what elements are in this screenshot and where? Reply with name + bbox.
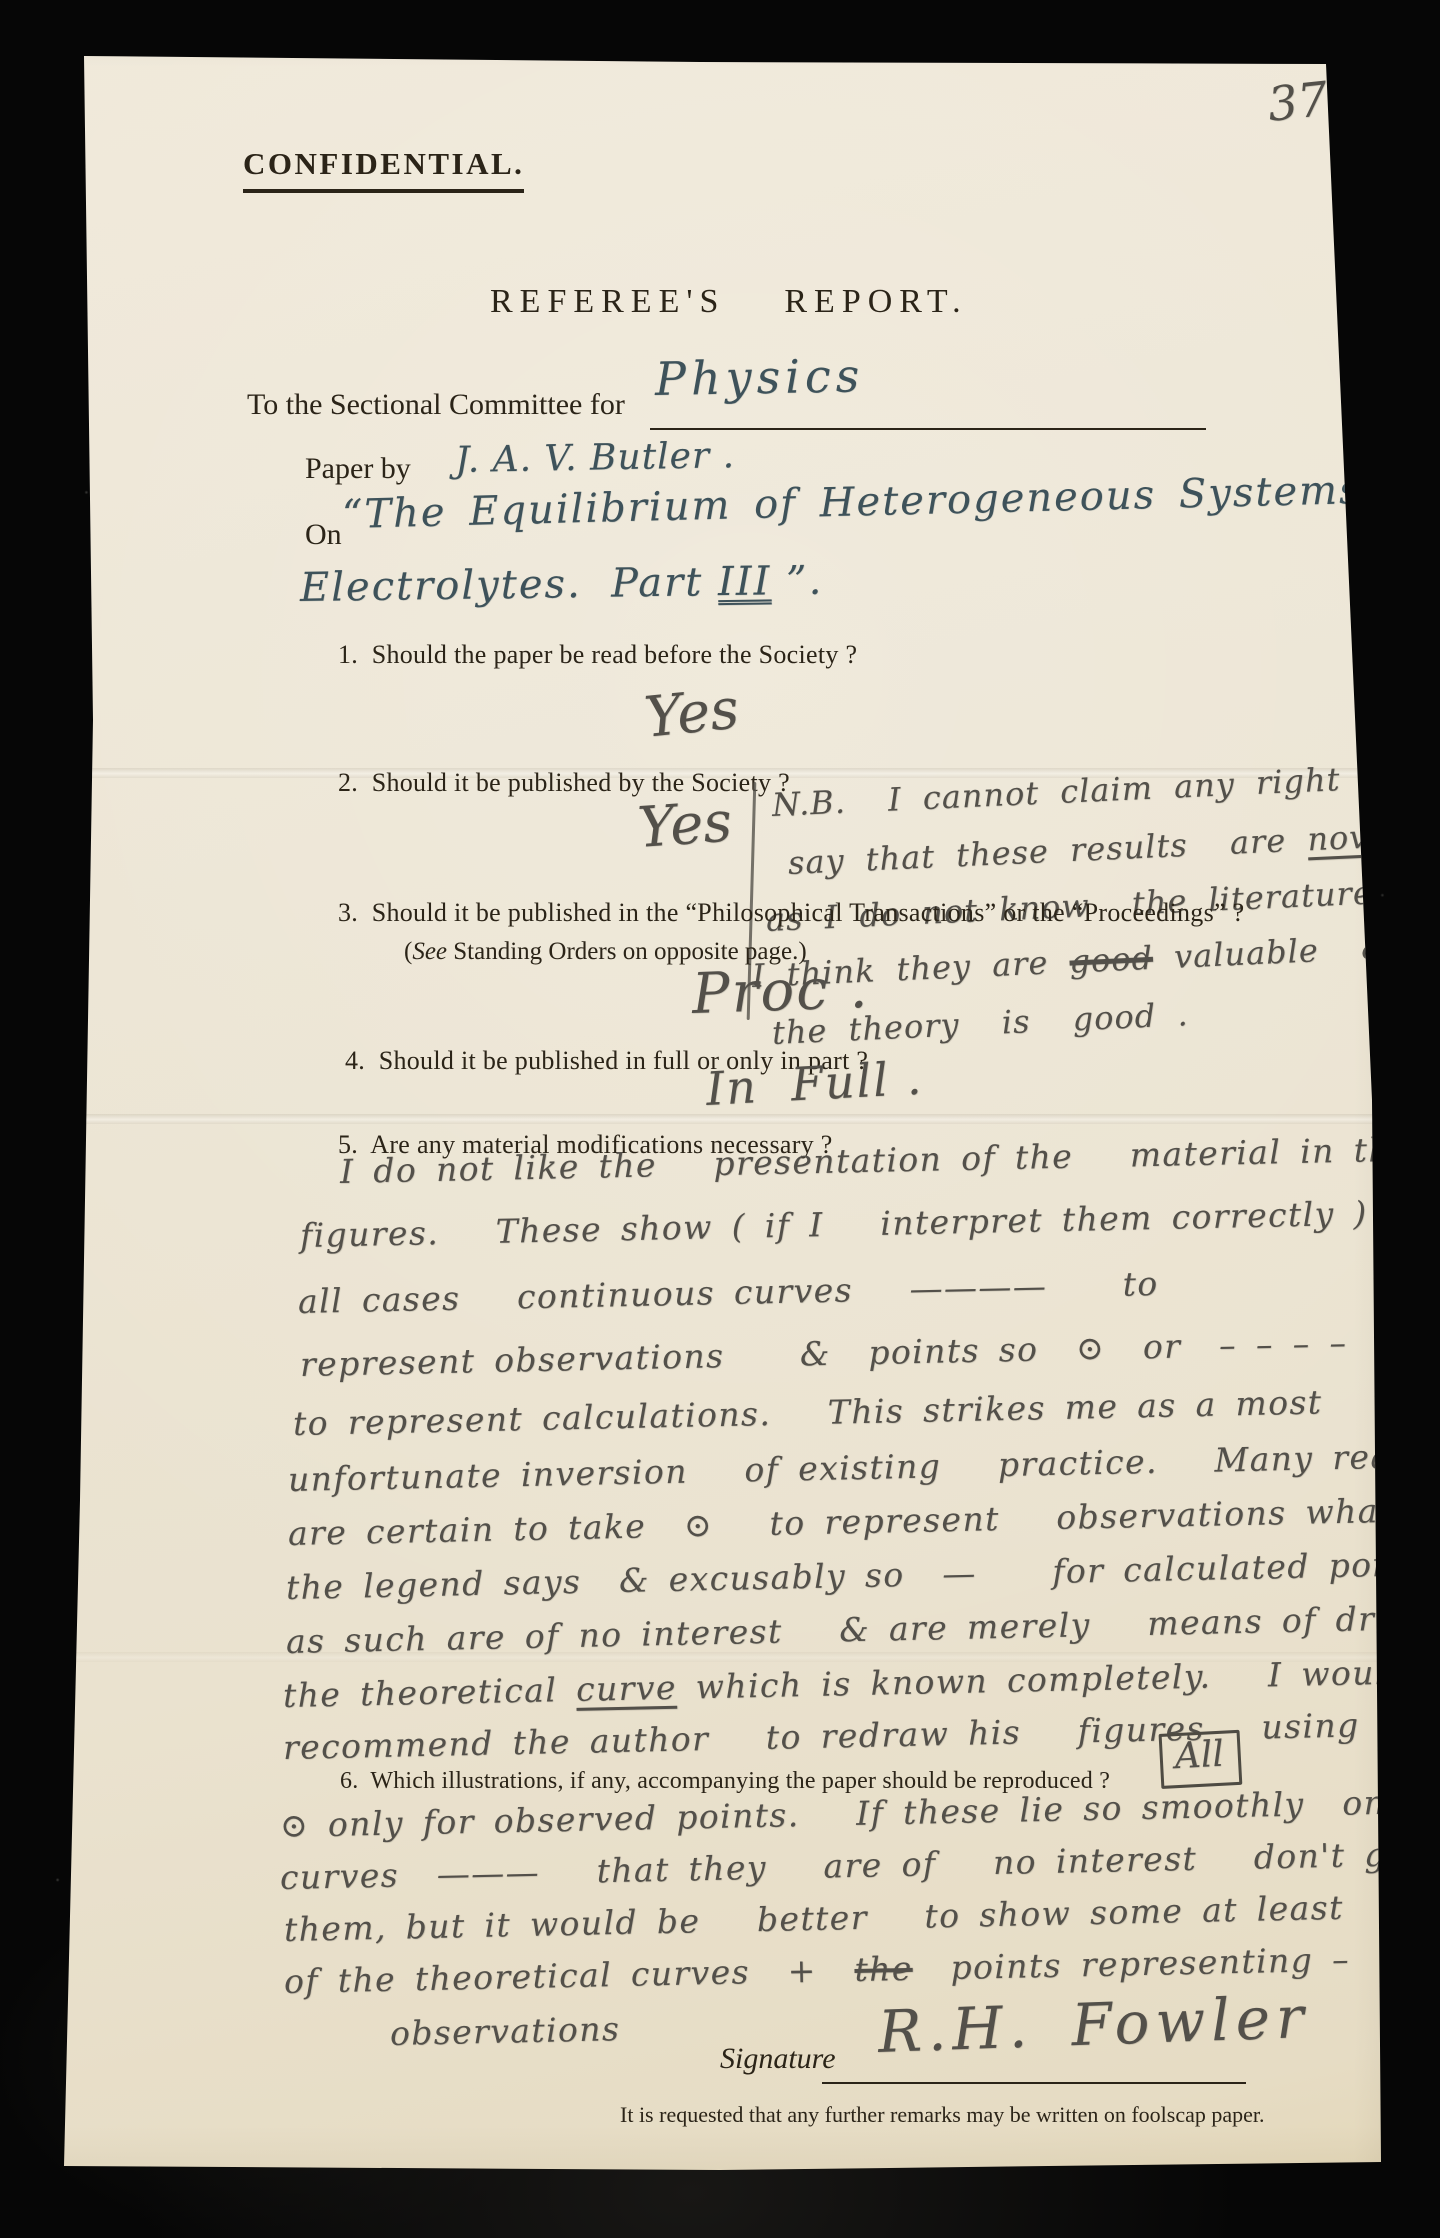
- on-title-line2: Electrolytes. Part III ”.: [300, 558, 824, 611]
- signature-underline: [822, 2082, 1246, 2084]
- paper-by-label: Paper by: [305, 452, 411, 486]
- q2-note-line1: N.B. I cannot claim any right to: [771, 758, 1396, 824]
- footer-note: It is requested that any further remarks…: [620, 2102, 1265, 2128]
- q6-answer-line-3: them, but it would be better to show som…: [284, 1888, 1344, 1949]
- paper-by-value: J. A. V. Butler .: [455, 435, 736, 481]
- q3-answer: Proc .: [691, 956, 870, 1027]
- q5-answer-line-5: to represent calculations. This strikes …: [293, 1382, 1323, 1443]
- q2-note-line2: say that these results are novel: [787, 816, 1400, 882]
- novel-underlined: novel: [1306, 816, 1400, 858]
- fold-crease-middle: [0, 1114, 1440, 1124]
- q6-answer-box: All: [1159, 1730, 1243, 1789]
- q4-answer: In Full .: [705, 1051, 925, 1116]
- report-paper: CONFIDENTIAL. 37 REFEREE'S REPORT. To th…: [0, 0, 1440, 2238]
- q5-answer-line-10: the theoretical curve which is known com…: [283, 1652, 1410, 1715]
- q1-label: 1. Should the paper be read before the S…: [338, 640, 857, 670]
- confidential-stamp: CONFIDENTIAL.: [243, 146, 524, 193]
- committee-underline: [650, 428, 1206, 430]
- q6-answer-line-5: observations: [390, 2009, 621, 2053]
- q1-answer: Yes: [642, 676, 742, 750]
- struck-word-the: the: [854, 1949, 913, 1989]
- q3-label: 3. Should it be published in the “Philos…: [338, 898, 1244, 928]
- curve-underlined: curve: [576, 1668, 677, 1709]
- q5-answer-line-8: the legend says & excusably so — for cal…: [286, 1544, 1440, 1607]
- on-label: On: [305, 518, 342, 552]
- report-title: REFEREE'S REPORT.: [490, 283, 968, 321]
- signature-value: R.H. Fowler: [877, 1983, 1311, 2066]
- q6-answer-line-2: curves ——— that they are of no interest …: [280, 1834, 1440, 1897]
- q5-answer-line-6: unfortunate inversion of existing practi…: [288, 1435, 1440, 1499]
- q5-answer-line-4: represent observations & points so ⊙ or …: [300, 1323, 1348, 1384]
- photo-background: CONFIDENTIAL. 37 REFEREE'S REPORT. To th…: [0, 0, 1440, 2238]
- q5-answer-line-7: are certain to take ⊙ to represent obser…: [288, 1489, 1440, 1553]
- page-number: 37: [1265, 72, 1330, 133]
- see-italic: See: [412, 938, 447, 965]
- struck-word-good: good: [1069, 939, 1154, 981]
- part-number: III: [718, 558, 772, 605]
- q5-answer-line-3: all cases continuous curves ———— to: [298, 1264, 1159, 1321]
- committee-label: To the Sectional Committee for: [247, 388, 625, 422]
- q5-answer-line-9: as such are of no interest & are merely …: [286, 1597, 1440, 1661]
- signature-label: Signature: [720, 2042, 836, 2076]
- q2-answer: Yes: [636, 790, 734, 861]
- q5-answer-line-2: figures. These show ( if I interpret the…: [300, 1192, 1440, 1255]
- committee-value: Physics: [655, 348, 865, 406]
